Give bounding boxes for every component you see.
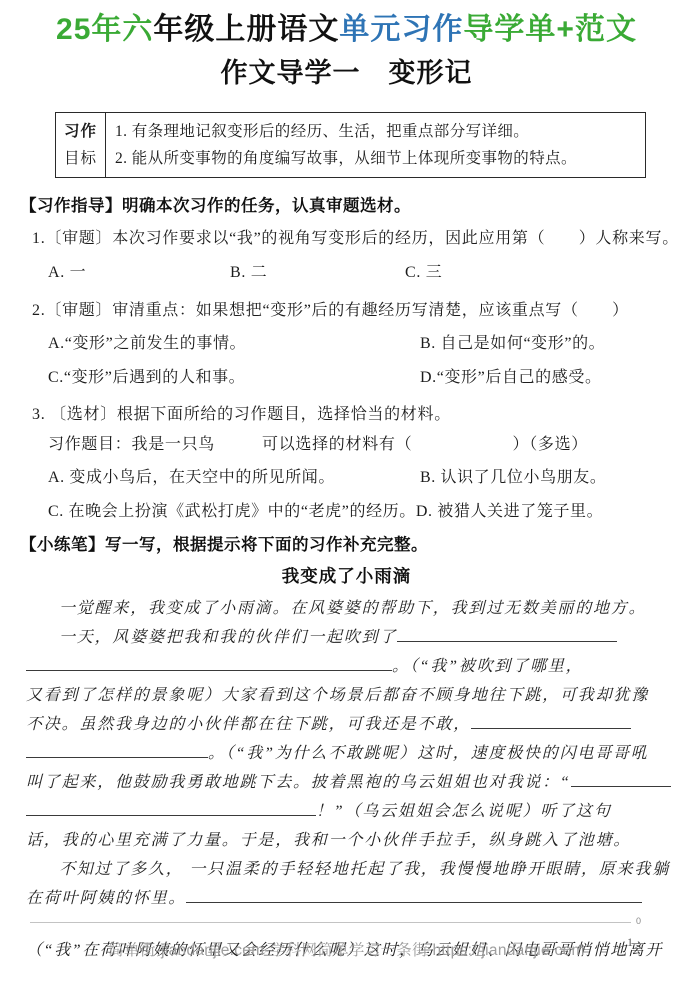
footnote-divider-mark: 0 [636,916,641,926]
essay-text: 。（“我”被吹到了哪里， [392,658,583,675]
page-subtitle: 作文导学一 变形记 [0,51,693,90]
essay-text: ！”（乌云姐姐会怎么说呢）听了这句 [316,803,612,820]
essay-text: 。（“我”为什么不敢跳呢）这时，速度极快的闪电哥哥吼 [208,745,649,762]
title-part-guide: 导学单+范文 [463,13,637,46]
blank-fill-in-field [26,741,208,758]
question-3-stem: 3. 〔选材〕根据下面所给的习作题目，选择恰当的材料。 [32,401,673,424]
essay-line: 不知过了多久， 一只温柔的手轻轻地托起了我，我慢慢地睁开眼睛，原来我躺 [26,855,663,884]
guide-section-heading: 【习作指导】明确本次习作的任务，认真审题选材。 [20,192,693,216]
blank-fill-in-field [26,654,392,671]
essay-line: 。（“我”被吹到了哪里， [26,652,663,681]
goal-item-1: 1. 有条理地记叙变形后的经历、生活，把重点部分写详细。 [115,118,577,145]
essay-line: 在荷叶阿姨的怀里。 [26,884,663,913]
blank-fill-in-field [186,886,642,903]
essay-text: 不决。虽然我身边的小伙伴都在往下跳，可我还是不敢， [26,716,471,733]
q2-option-c: C.“变形”后遇到的人和事。 [48,364,420,387]
page-number: 1 [627,935,633,950]
essay-text: 不知过了多久， 一只温柔的手轻轻地托起了我，我慢慢地睁开眼睛，原来我躺 [59,861,670,878]
essay-text: 一觉醒来，我变成了小雨滴。在风婆婆的帮助下，我到过无数美丽的地方。 [59,600,646,617]
essay-line: 不决。虽然我身边的小伙伴都在往下跳，可我还是不敢， [26,710,663,739]
goals-table-label: 习作 目标 [56,113,106,177]
goals-label-line1: 习作 [64,118,97,145]
goals-label-line2: 目标 [64,145,97,172]
question-1-stem: 1.〔审题〕本次习作要求以“我”的视角写变形后的经历，因此应用第（ ）人称来写。 [32,225,673,248]
page-title: 25年六年级上册语文单元习作导学单+范文 [0,0,693,48]
essay-line: 一天，风婆婆把我和我的伙伴们一起吹到了 [26,623,663,652]
question-3-options-row2: C. 在晚会上扮演《武松打虎》中的“老虎”的经历。D. 被猎人关进了笼子里。 [48,498,673,521]
essay-line: 。（“我”为什么不敢跳呢）这时，速度极快的闪电哥哥吼 [26,739,663,768]
question-3-options: A. 变成小鸟后，在天空中的所见所闻。 B. 认识了几位小鸟朋友。 [48,464,673,487]
q2-option-d: D.“变形”后自己的感受。 [420,364,673,387]
essay-line: 又看到了怎样的景象呢）大家看到这个场景后都奋不顾身地往下跳，可我却犹豫 [26,681,663,710]
q3-option-a: A. 变成小鸟后，在天空中的所见所闻。 [48,464,420,487]
title-part-year: 25年六 [56,13,153,46]
q1-option-c: C. 三 [405,259,442,282]
question-1-options: A. 一 B. 二 C. 三 [48,259,693,282]
footnote-divider: 0 [30,922,631,923]
question-3-topic-row: 习作题目：我是一只鸟 可以选择的材料有（ ）（多选） [48,431,673,454]
blank-fill-in-field [571,770,671,787]
title-part-unit: 单元习作 [339,13,463,46]
q1-option-b: B. 二 [230,259,405,282]
question-2-stem: 2.〔审题〕审清重点：如果想把“变形”后的有趣经历写清楚，应该重点写（ ） [32,297,673,320]
essay-text: 话，我的心里充满了力量。于是，我和一个小伙伴手拉手，纵身跳入了池塘。 [26,832,631,849]
q1-option-a: A. 一 [48,259,230,282]
essay-line: 一觉醒来，我变成了小雨滴。在风婆婆的帮助下，我到过无数美丽的地方。 [26,594,663,623]
essay-text: 叫了起来，他鼓励我勇敢地跳下去。披着黑袍的乌云姐姐也对我说：“ [26,774,571,791]
worksheet-page: 25年六年级上册语文单元习作导学单+范文 作文导学一 变形记 习作 目标 1. … [0,0,693,986]
title-part-grade: 年级上册语文 [153,13,339,46]
blank-fill-in-field [471,712,631,729]
footer-site-text: 简单街-jiandanjie.com-学科网简单学习一条街 https://ji… [0,938,693,960]
q3-choose-prompt: 可以选择的材料有（ ）（多选） [262,431,588,454]
q3-option-b: B. 认识了几位小鸟朋友。 [420,464,673,487]
essay-line: ！”（乌云姐姐会怎么说呢）听了这句 [26,797,663,826]
blank-fill-in-field [397,625,617,642]
question-2-options: A.“变形”之前发生的事情。 B. 自己是如何“变形”的。 C.“变形”后遇到的… [48,330,673,387]
essay-title: 我变成了小雨滴 [0,563,693,588]
q3-topic: 习作题目：我是一只鸟 [48,431,262,454]
essay-text: 又看到了怎样的景象呢）大家看到这个场景后都奋不顾身地往下跳，可我却犹豫 [26,687,649,704]
blank-fill-in-field [26,799,316,816]
practice-section-heading: 【小练笔】写一写，根据提示将下面的习作补充完整。 [20,531,693,555]
q2-option-b: B. 自己是如何“变形”的。 [420,330,673,353]
essay-text: 在荷叶阿姨的怀里。 [26,890,186,907]
essay-body: 一觉醒来，我变成了小雨滴。在风婆婆的帮助下，我到过无数美丽的地方。一天，风婆婆把… [26,594,663,913]
essay-line: 叫了起来，他鼓励我勇敢地跳下去。披着黑袍的乌云姐姐也对我说：“ [26,768,663,797]
q3-option-c: C. 在晚会上扮演《武松打虎》中的“老虎”的经历。 [48,503,416,520]
essay-line: 话，我的心里充满了力量。于是，我和一个小伙伴手拉手，纵身跳入了池塘。 [26,826,663,855]
goal-item-2: 2. 能从所变事物的角度编写故事，从细节上体现所变事物的特点。 [115,145,577,172]
q3-option-d: D. 被猎人关进了笼子里。 [416,503,603,520]
q2-option-a: A.“变形”之前发生的事情。 [48,330,420,353]
essay-text: 一天，风婆婆把我和我的伙伴们一起吹到了 [59,629,397,646]
goals-table: 习作 目标 1. 有条理地记叙变形后的经历、生活，把重点部分写详细。 2. 能从… [55,112,646,178]
goals-table-body: 1. 有条理地记叙变形后的经历、生活，把重点部分写详细。 2. 能从所变事物的角… [106,113,585,177]
